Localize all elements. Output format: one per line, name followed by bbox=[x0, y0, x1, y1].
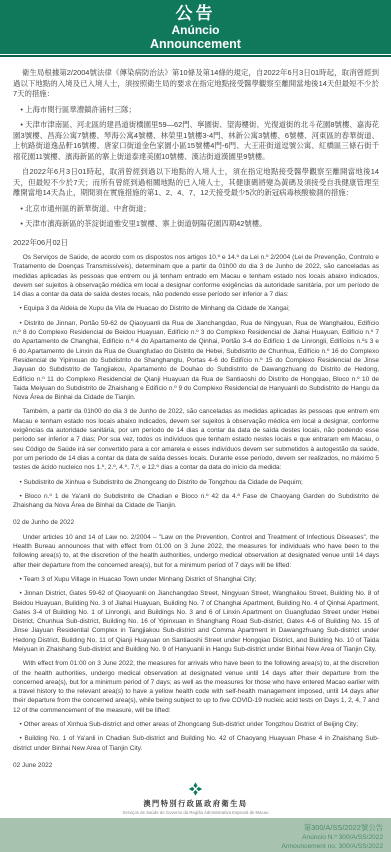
zh-date: 2022年06月02日 bbox=[13, 238, 379, 249]
section-chinese: 衛生局根據第2/2004號法律《傳染病防治法》第10條及第14條的規定，自202… bbox=[13, 68, 379, 248]
section-english: Under articles 10 and 14 of Law no. 2/20… bbox=[13, 533, 379, 771]
reference-number-chinese: 第300/A/SS/2022號公告 bbox=[0, 823, 383, 833]
pt-intro-paragraph: Os Serviços de Saúde, de acordo com os d… bbox=[13, 253, 379, 299]
pt-area-item: Distrito de Jinnan, Portão 59-62 de Qiao… bbox=[13, 319, 379, 403]
en-date: 02 June 2022 bbox=[13, 761, 379, 770]
reference-bar: 第300/A/SS/2022號公告 Anúncio N.º 300/A/SS/2… bbox=[0, 818, 391, 852]
pt-date: 02 de Junho de 2022 bbox=[13, 518, 379, 527]
organization-name-chinese: 澳門特別行政區政府衛生局 bbox=[0, 799, 391, 809]
title-portuguese: Anúncio bbox=[0, 23, 391, 37]
zh-area-item: 天津市濱海新區的茶淀街道雅安里1號樓、寨上街道朝陽花園四期42號樓。 bbox=[13, 219, 379, 230]
announcement-page: 公告 Anúncio Announcement 衛生局根據第2/2004號法律《… bbox=[0, 0, 391, 852]
zh-area-item: 天津市津南區、河北區的建昌道街橋園里59—62門、寧園街、望海樓街、光復道街的北… bbox=[13, 120, 379, 162]
en-area-item: Jinnan District, Gates 59-62 of Qiaoyuan… bbox=[13, 589, 379, 654]
announcement-body: 衛生局根據第2/2004號法律《傳染病防治法》第10條及第14條的規定，自202… bbox=[0, 57, 391, 770]
title-english: Announcement bbox=[0, 37, 391, 52]
reference-number-english: Announcement no. 300/A/SS/2022 bbox=[0, 842, 383, 851]
pt-second-paragraph: Também, a partir da 01h00 do dia 3 de Ju… bbox=[13, 407, 379, 472]
en-area-item: Other areas of Xinhua Sub-district and o… bbox=[13, 720, 379, 729]
en-area-item: Team 3 of Xupu Village in Huacao Town un… bbox=[13, 575, 379, 584]
pt-area-item: Bloco n.º 1 de Ya'anli do Subdistrito de… bbox=[13, 492, 379, 511]
section-portuguese: Os Serviços de Saúde, de acordo com os d… bbox=[13, 253, 379, 528]
reference-number-portuguese: Anúncio N.º 300/A/SS/2022 bbox=[0, 833, 383, 842]
en-area-item: Building No. 1 of Ya'anli in Chadian Sub… bbox=[13, 734, 379, 753]
health-bureau-logo: 澳門特別行政區政府衛生局 Serviços de Saúde do Govern… bbox=[0, 780, 391, 815]
title-chinese: 公告 bbox=[0, 4, 391, 23]
pt-area-item: Subdistrito de Xinhua e Subdistrito de Z… bbox=[13, 478, 379, 487]
zh-area-item: 北京市通州區的新華街道、中倉街道； bbox=[13, 204, 379, 215]
health-bureau-cross-icon bbox=[188, 780, 203, 797]
organization-name-portuguese: Serviços de Saúde do Governo da Região A… bbox=[0, 810, 391, 815]
pt-area-item: Equipa 3 da Aldeia de Xupu da Vila de Hu… bbox=[13, 304, 379, 313]
zh-area-item: 上海市閔行區華漕鎮許浦村三隊； bbox=[13, 105, 379, 116]
zh-intro-paragraph: 衛生局根據第2/2004號法律《傳染病防治法》第10條及第14條的規定，自202… bbox=[13, 68, 379, 100]
en-intro-paragraph: Under articles 10 and 14 of Law no. 2/20… bbox=[13, 533, 379, 570]
header-banner: 公告 Anúncio Announcement bbox=[0, 0, 391, 54]
en-second-paragraph: With effect from 01:00 on 3 June 2022, t… bbox=[13, 659, 379, 715]
zh-second-paragraph: 自2022年6月3日01時起，取消曾經到過以下地點的入境人士，須在指定地點接受醫… bbox=[13, 167, 379, 199]
